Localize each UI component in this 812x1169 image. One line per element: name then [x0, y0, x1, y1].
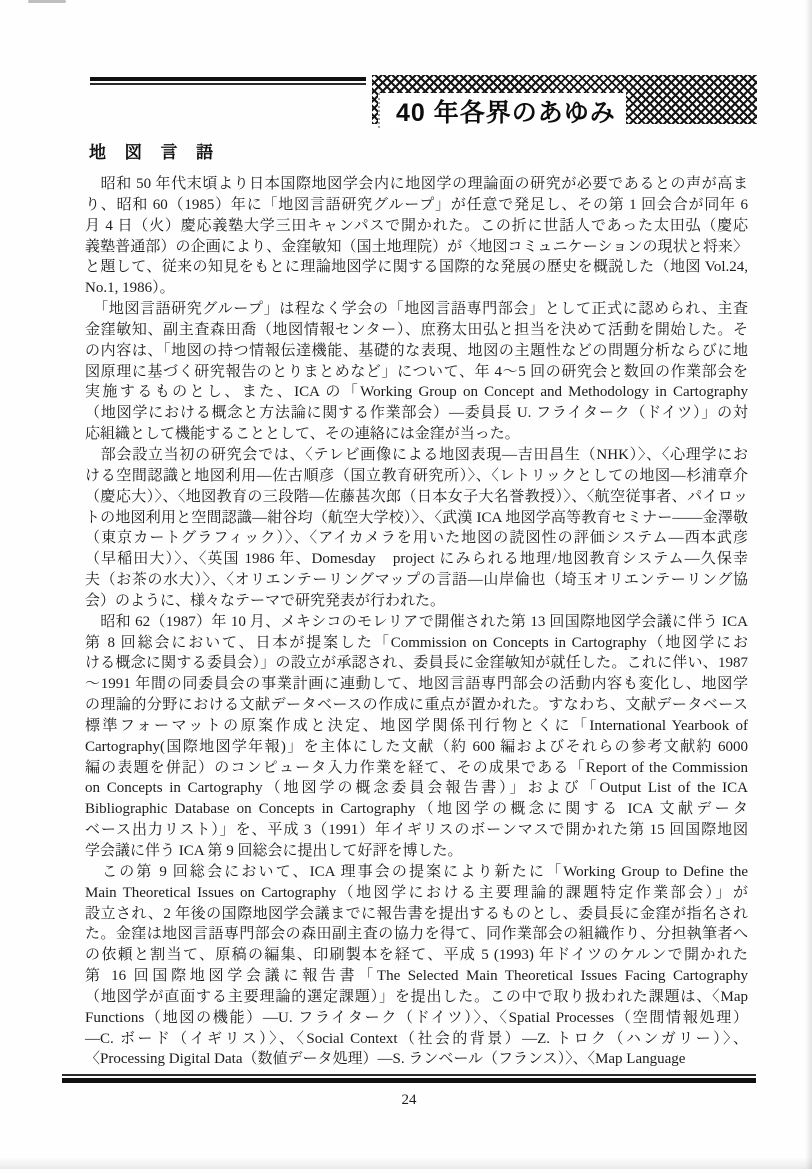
text-line: （早稲田大）〉、〈英国 1986 年、Domesday project にみられ… [85, 549, 748, 570]
text-line: 月 4 日（火）慶応義塾大学三田キャンパスで開かれた。この折に世話人であった太田… [85, 216, 748, 237]
header-rule-thick [90, 77, 366, 81]
text-line: No.1, 1986）。 [85, 278, 748, 299]
text-line: Functions（地図の機能）―U. フライターク（ドイツ）〉、〈Spatia… [85, 1008, 748, 1029]
text-line: 〈Processing Digital Data（数値データ処理）―S. ランベ… [85, 1049, 748, 1070]
text-line: と題して、従来の知見をもとに理論地図学に関する国際的な発展の歴史を概説した（地図… [85, 257, 748, 278]
scan-smudge [28, 0, 66, 3]
text-line: ける空間認識と地図利用―佐古順彦（国立教育研究所）〉、〈レトリックとしての地図―… [85, 466, 748, 487]
text-line: の依頼と割当て、原稿の編集、印刷製本を経て、平成 5 (1993) 年ドイツのケ… [85, 945, 748, 966]
paragraph-4: 昭和 62（1987）年 10 月、メキシコのモレリアで開催された第 13 回国… [85, 612, 748, 862]
text-line: on Concepts in Cartography（地図学の概念委員会報告書）… [85, 778, 748, 799]
text-line: 編の表題を併記）のコンピュータ入力作業を経て、その成果である「Report of… [85, 758, 748, 779]
text-line: トの地図利用と空間認識―紺谷均（航空大学校）〉、〈武漢 ICA 地図学高等教育セ… [85, 508, 748, 529]
text-line: Cartography(国際地図学年報)」を主体にした文献（約 600 編および… [85, 737, 748, 758]
banner-title-box: 40 年各界のあゆみ [378, 93, 626, 128]
scan-edge-bottom [0, 1157, 812, 1169]
text-line: 部会設立当初の研究会では、〈テレビ画像による地図表現―吉田昌生（NHK）〉、〈心… [85, 445, 748, 466]
document-page: 40 年各界のあゆみ 地 図 言 語 昭和 50 年代末頃より日本国際地図学会内… [0, 0, 812, 1169]
text-line: 標準フォーマットの原案作成と決定、地図学関係刊行物とくに「Internation… [85, 716, 748, 737]
banner-title: 40 年各界のあゆみ [396, 93, 616, 129]
text-line: Bibliographic Database on Concepts in Ca… [85, 799, 748, 820]
text-line: （地図学における概念と方法論に関する作業部会）―委員長 U. フライターク（ドイ… [85, 403, 748, 424]
text-line: 図原理に基づく研究報告のとりまとめなど」について、年 4～5 回の研究会と数回の… [85, 362, 748, 383]
text-line: の理論的分野における文献データベースの作成に重点が置かれた。すなわち、文献データ… [85, 695, 748, 716]
article-body: 地 図 言 語 昭和 50 年代末頃より日本国際地図学会内に地図学の理論面の研究… [85, 138, 748, 1070]
paragraph-5: この第 9 回総会において、ICA 理事会の提案により新たに「Working G… [85, 862, 748, 1070]
text-line: 第 16 回国際地図学会議に報告書「The Selected Main Theo… [85, 966, 748, 987]
text-line: （東京カートグラフィック）〉、〈アイカメラを用いた地図の読図性の評価システム―西… [85, 528, 748, 549]
footer-rule-thin [62, 1074, 756, 1076]
text-line: この第 9 回総会において、ICA 理事会の提案により新たに「Working G… [85, 862, 748, 883]
text-line: 昭和 50 年代末頃より日本国際地図学会内に地図学の理論面の研究が必要であるとの… [85, 174, 748, 195]
text-line: 昭和 62（1987）年 10 月、メキシコのモレリアで開催された第 13 回国… [85, 612, 748, 633]
section-title: 地 図 言 語 [89, 138, 748, 163]
text-line: ベース出力リスト）」を、平成 3（1991）年イギリスのボーンマスで開かれた第 … [85, 820, 748, 841]
text-line: た。金窪は地図言語専門部会の森田副主査の協力を得て、同作業部会の組織作り、分担執… [85, 924, 748, 945]
text-line: 第 8 回総会において、日本が提案した「Commission on Concep… [85, 633, 748, 654]
text-line: 実施するものとし、また、ICA の「Working Group on Conce… [85, 382, 748, 403]
text-line: ～1991 年間の同委員会の事業計画に連動して、地図言語専門部会の活動内容も変化… [85, 674, 748, 695]
text-line: 会）のように、様々なテーマで研究発表が行われた。 [85, 591, 748, 612]
header-rule-thin [90, 83, 366, 85]
text-line: 金窪敏知、副主査森田喬（地図情報センター）、庶務太田弘と担当を決めて活動を開始し… [85, 320, 748, 341]
text-line: 学会議に伴う ICA 第 9 回総会に提出して好評を博した。 [85, 841, 748, 862]
text-line: ける概念に関する委員会）」の設立が承認され、委員長に金窪敏知が就任した。これに伴… [85, 653, 748, 674]
text-line: 義塾普通部）の企画により、金窪敏知（国土地理院）が〈地図コミュニケーションの現状… [85, 237, 748, 258]
text-line: 夫（お茶の水大）〉、〈オリエンテーリングマップの言語―山岸倫也（埼玉オリエンテー… [85, 570, 748, 591]
text-line: Main Theoretical Issues on Cartography（地… [85, 883, 748, 904]
text-line: 応組織として機能することとして、その連絡には金窪が当った。 [85, 424, 748, 445]
text-line: ―C. ボード（イギリス）〉、〈Social Context（社会的背景）―Z.… [85, 1029, 748, 1050]
text-line: り、昭和 60（1985）年に「地図言語研究グループ」が任意で発足し、その第 1… [85, 195, 748, 216]
text-line: （地図学が直面する主要理論的選定課題）」を提出した。この中で取り扱われた課題は、… [85, 987, 748, 1008]
scan-edge-right [805, 0, 812, 1169]
text-line: （慶応大）〉、〈地図教育の三段階―佐藤甚次郎（日本女子大名誉教授）〉、〈航空従事… [85, 487, 748, 508]
paragraph-2: 「地図言語研究グループ」は程なく学会の「地図言語専門部会」として正式に認められ、… [85, 299, 748, 445]
footer-rule-thick [62, 1078, 756, 1083]
page-number: 24 [62, 1092, 756, 1109]
paragraph-3: 部会設立当初の研究会では、〈テレビ画像による地図表現―吉田昌生（NHK）〉、〈心… [85, 445, 748, 612]
text-line: 「地図言語研究グループ」は程なく学会の「地図言語専門部会」として正式に認められ、… [85, 299, 748, 320]
text-line: の内容は、「地図の持つ情報伝達機能、基礎的な表現、地図の主題性などの問題分析なら… [85, 341, 748, 362]
paragraph-1: 昭和 50 年代末頃より日本国際地図学会内に地図学の理論面の研究が必要であるとの… [85, 174, 748, 299]
text-line: 設立され、2 年後の国際地図学会議までに報告書を提出するものとし、委員長に金窪が… [85, 904, 748, 925]
